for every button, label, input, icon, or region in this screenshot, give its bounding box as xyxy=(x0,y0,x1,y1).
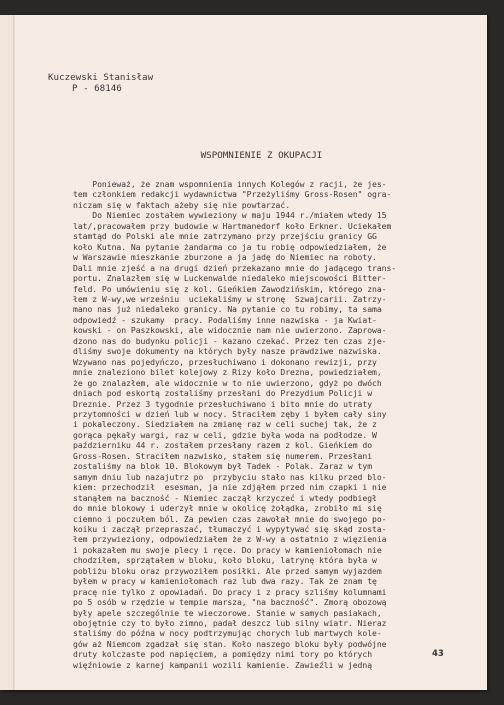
text-line: pobliżu bloku oraz przywoziłem posiłki. … xyxy=(73,566,463,576)
text-line: druty kolczaste pod napięciem, a pomiędz… xyxy=(73,649,463,659)
text-line: mnie znaleziono bilet kolejowy z Rizy ko… xyxy=(73,367,463,377)
text-line: koiku i zaczął przepraszać, tłumaczyć i … xyxy=(73,524,463,534)
author-block: Kuczewski Stanisław P - 68146 xyxy=(48,72,153,94)
document-title: WSPOMNIENIE Z OKUPACJI xyxy=(0,150,487,161)
text-line: stamtąd do Polski ale mnie zatrzymano pr… xyxy=(73,231,463,241)
text-line: Dreznie. Przez 3 tygodnie przesłuchiwano… xyxy=(73,399,463,409)
text-line: październiku 44 r. zostałem przesłany ra… xyxy=(73,440,463,450)
text-line: kiem: przechodził esesman, ja nie zdjąłe… xyxy=(73,482,463,492)
text-line: więźniowie z karnej kampanii wozili kami… xyxy=(73,660,463,670)
text-line: w Warszawie mieszkanie zburzone a ja jad… xyxy=(73,252,463,262)
text-line: że go znalazłem, ale widocznie w to nie … xyxy=(73,378,463,388)
text-line: po 5 osób w rzędzie w tempie marsza, "na… xyxy=(73,597,463,607)
text-line: niczam się w faktach ażeby się nie powta… xyxy=(73,200,463,210)
text-line: dniach pod eskortą zostaliśmy przesłani … xyxy=(73,388,463,398)
text-line: dliśmy swoje dokumenty na których były n… xyxy=(73,346,463,356)
text-line: łem przywieziony, odpowiedziałem że z W-… xyxy=(73,534,463,544)
text-line: i pokazałem mu swoje plecy i ręce. Do pr… xyxy=(73,545,463,555)
text-line: zostaliśmy na blok 10. Blokowym był Tade… xyxy=(73,461,463,471)
author-name: Kuczewski Stanisław xyxy=(48,72,153,83)
page-number: 43 xyxy=(432,649,444,659)
text-line: Dali mnie zjeść a na drugi dzień przekaz… xyxy=(73,263,463,273)
text-line: gorąca pękały wargi, raz w celi, gdzie b… xyxy=(73,430,463,440)
text-line: Ponieważ, że znam wspomnienia innych Kol… xyxy=(73,179,463,189)
document-body: Ponieważ, że znam wspomnienia innych Kol… xyxy=(73,179,463,670)
text-line: byłem w pracy w kamieniołomach raz lub d… xyxy=(73,576,463,586)
text-line: mano nas już niedaleko granicy. Na pytan… xyxy=(73,304,463,314)
page-fold-line xyxy=(13,15,15,690)
text-line: stanąłem na baczność - Niemiec zaczął kr… xyxy=(73,493,463,503)
text-line: do mnie blokowy i uderzył mnie w okolicę… xyxy=(73,503,463,513)
text-line: staliśmy do późna w nocy podtrzymując ch… xyxy=(73,628,463,638)
text-line: przytomności w dzień lub w nocy. Stracił… xyxy=(73,409,463,419)
text-line: Do Niemiec zostałem wywieziony w maju 19… xyxy=(73,210,463,220)
text-line: lat/,pracowałem przy budowie w Hartmaned… xyxy=(73,221,463,231)
text-line: portu. Znalazłem się w Luckenwalde nieda… xyxy=(73,273,463,283)
text-line: odpowiedź - szukamy pracy. Podaliśmy inn… xyxy=(73,315,463,325)
text-line: dzono nas do budynku policji - kazano cz… xyxy=(73,336,463,346)
text-line: chodziłem, sprzątałem w bloku, koło blok… xyxy=(73,555,463,565)
text-line: feld. Po umówieniu się z kol. Gieńkiem Z… xyxy=(73,284,463,294)
text-line: łem z W-wy,we wrześniu uciekaliśmy w str… xyxy=(73,294,463,304)
text-line: były apele szczególnie te wieczorowe. St… xyxy=(73,608,463,618)
text-line: ciemno i poczułem ból. Za pewien czas za… xyxy=(73,514,463,524)
prisoner-number: P - 68146 xyxy=(48,83,153,94)
text-line: obojętnie czy to było zimno, padał deszc… xyxy=(73,618,463,628)
text-line: koło Kutna. Na pytanie żandarma co ja tu… xyxy=(73,242,463,252)
page-left-margin xyxy=(0,15,13,690)
text-line: pracę nie tylko z opowiadań. Do pracy i … xyxy=(73,587,463,597)
text-line: gów aż Niemcom zgadzał się stan. Koło na… xyxy=(73,639,463,649)
text-line: kowski - on Paszkowski, ale widocznie na… xyxy=(73,325,463,335)
document-page: Kuczewski Stanisław P - 68146 WSPOMNIENI… xyxy=(0,15,487,690)
text-line: i pokaleczony. Siedziałem na zmianę raz … xyxy=(73,419,463,429)
text-line: Gross-Rosen. Straciłem nazwisko, stałem … xyxy=(73,451,463,461)
text-line: Wzywano nas pojedyńczo, przesłuchiwano i… xyxy=(73,357,463,367)
text-line: samym dniu lub nazajutrz po przybyciu st… xyxy=(73,472,463,482)
text-line: tem członkiem redakcji wydawnictwa "Prze… xyxy=(73,189,463,199)
